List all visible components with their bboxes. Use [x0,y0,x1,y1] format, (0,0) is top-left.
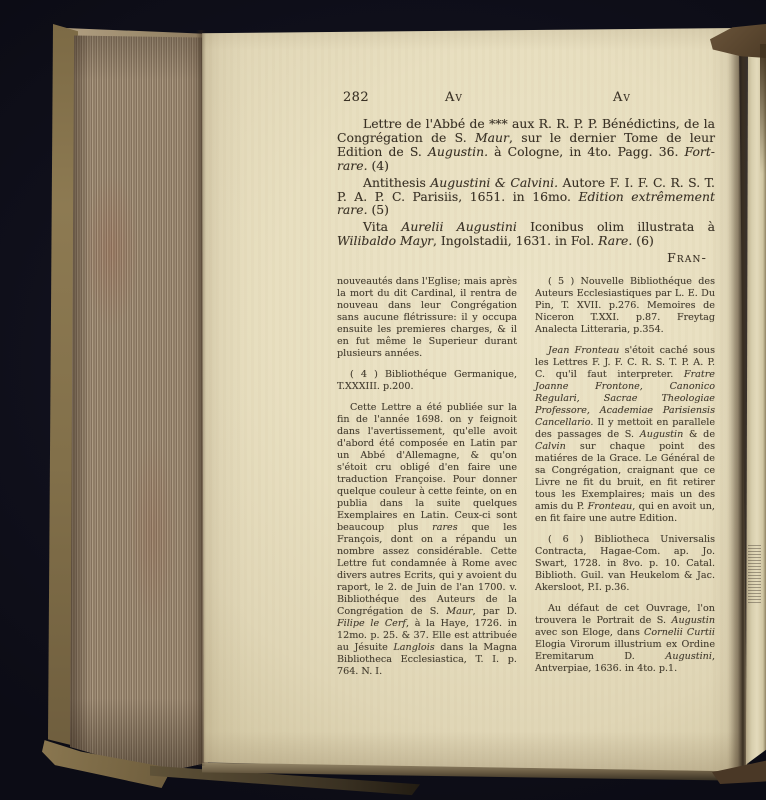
footnote-paragraph: ( 4 ) Bibliothéque Germanique, T.XXXIII.… [337,369,517,393]
footnote-paragraph: Jean Fronteau s'étoit caché sous les Let… [535,345,715,525]
footnotes-block: nouveautés dans l'Eglise; mais après la … [337,276,715,678]
entry-paragraph: Vita Aurelii Augustini Iconibus olim ill… [337,220,715,248]
footnote-paragraph: nouveautés dans l'Eglise; mais après la … [337,276,517,360]
footnote-paragraph: ( 6 ) Bibliotheca Universalis Contracta,… [535,534,715,594]
page-stack-seam-shadow [196,30,206,766]
photo-background: 282 Av Av Lettre de l'Abbé de *** aux R.… [0,0,766,800]
catchword: Fran- [337,250,715,265]
page-stack-fore-edge [70,28,208,773]
folio-number: 282 [343,90,369,105]
running-head-left: Av [445,90,463,105]
entry-paragraph: Lettre de l'Abbé de *** aux R. R. P. P. … [337,117,715,173]
page-content: 282 Av Av Lettre de l'Abbé de *** aux R.… [337,90,715,678]
footnote-paragraph: Cette Lettre a été publiée sur la fin de… [337,402,517,678]
footnote-paragraph: ( 5 ) Nouvelle Bibliothéque des Auteurs … [535,276,715,336]
footnote-column-right: ( 5 ) Nouvelle Bibliothéque des Auteurs … [535,276,715,678]
entries-block: Lettre de l'Abbé de *** aux R. R. P. P. … [337,117,715,248]
facing-page-text-sliver [748,545,761,603]
footnote-column-left: nouveautés dans l'Eglise; mais après la … [337,276,517,678]
leather-edge-right [760,44,766,174]
running-head-right: Av [613,90,631,105]
page-header: 282 Av Av [337,90,715,105]
footnote-paragraph: Au défaut de cet Ouvrage, l'on trouvera … [535,603,715,675]
entry-paragraph: Antithesis Augustini & Calvini. Autore F… [337,176,715,218]
